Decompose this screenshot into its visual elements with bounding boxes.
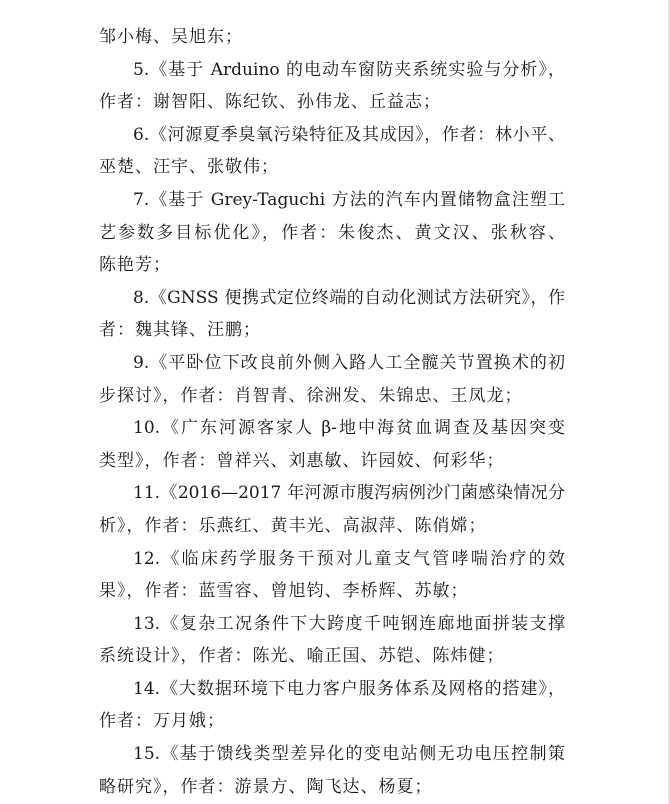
list-item-12-title: 12.《临床药学服务干预对儿童支气管哮喘治疗的效 bbox=[99, 543, 565, 576]
list-item-8-title: 8.《GNSS 便携式定位终端的自动化测试方法研究》，作 bbox=[99, 282, 565, 315]
list-item-10-authors: 类型》，作者：曾祥兴、刘惠敏、许园姣、何彩华； bbox=[99, 445, 565, 478]
list-item-12-authors: 果》，作者：蓝雪容、曾旭钧、李桥辉、苏敏； bbox=[99, 575, 565, 608]
list-item-9-title: 9.《平卧位下改良前外侧入路人工全髋关节置换术的初 bbox=[99, 347, 565, 380]
list-item-7-title: 7.《基于 Grey-Taguchi 方法的汽车内置储物盒注塑工 bbox=[99, 184, 565, 217]
list-item-11-title: 11.《2016—2017 年河源市腹泻病例沙门菌感染情况分 bbox=[99, 477, 565, 510]
list-item-14-authors: 作者：万月娥； bbox=[99, 705, 565, 738]
list-item-5-title: 5.《基于 Arduino 的电动车窗防夹系统实验与分析》， bbox=[99, 54, 565, 87]
list-item-5-authors: 作者：谢智阳、陈纪钦、孙伟龙、丘益志； bbox=[99, 86, 565, 119]
list-item-6-title: 6.《河源夏季臭氧污染特征及其成因》，作者：林小平、 bbox=[99, 119, 565, 152]
list-item-14-title: 14.《大数据环境下电力客户服务体系及网格的搭建》， bbox=[99, 673, 565, 706]
list-item-11-authors: 析》，作者：乐燕红、黄丰光、高淑萍、陈俏嫦； bbox=[99, 510, 565, 543]
list-item-7-authors: 陈艳芳； bbox=[99, 249, 565, 282]
list-item-13-authors: 系统设计》，作者：陈光、喻正国、苏铠、陈炜健； bbox=[99, 640, 565, 673]
document-page: 邹小梅、吴旭东； 5.《基于 Arduino 的电动车窗防夹系统实验与分析》， … bbox=[0, 0, 670, 804]
list-item-6-authors: 巫楚、汪宇、张敬伟； bbox=[99, 151, 565, 184]
list-item-10-title: 10.《广东河源客家人 β-地中海贫血调查及基因突变 bbox=[99, 412, 565, 445]
list-item-9-authors: 步探讨》，作者：肖智青、徐洲发、朱锦忠、王凤龙； bbox=[99, 380, 565, 413]
document-body: 邹小梅、吴旭东； 5.《基于 Arduino 的电动车窗防夹系统实验与分析》， … bbox=[99, 21, 565, 803]
list-item-7-title-continued: 艺参数多目标优化》，作者：朱俊杰、黄文汉、张秋容、 bbox=[99, 217, 565, 250]
list-item-15-authors: 略研究》，作者：游景方、陶飞达、杨夏； bbox=[99, 771, 565, 804]
text-line-author-continuation: 邹小梅、吴旭东； bbox=[99, 21, 565, 54]
list-item-8-authors: 者：魏其锋、汪鹏； bbox=[99, 314, 565, 347]
list-item-13-title: 13.《复杂工况条件下大跨度千吨钢连廊地面拼装支撑 bbox=[99, 608, 565, 641]
list-item-15-title: 15.《基于馈线类型差异化的变电站侧无功电压控制策 bbox=[99, 738, 565, 771]
